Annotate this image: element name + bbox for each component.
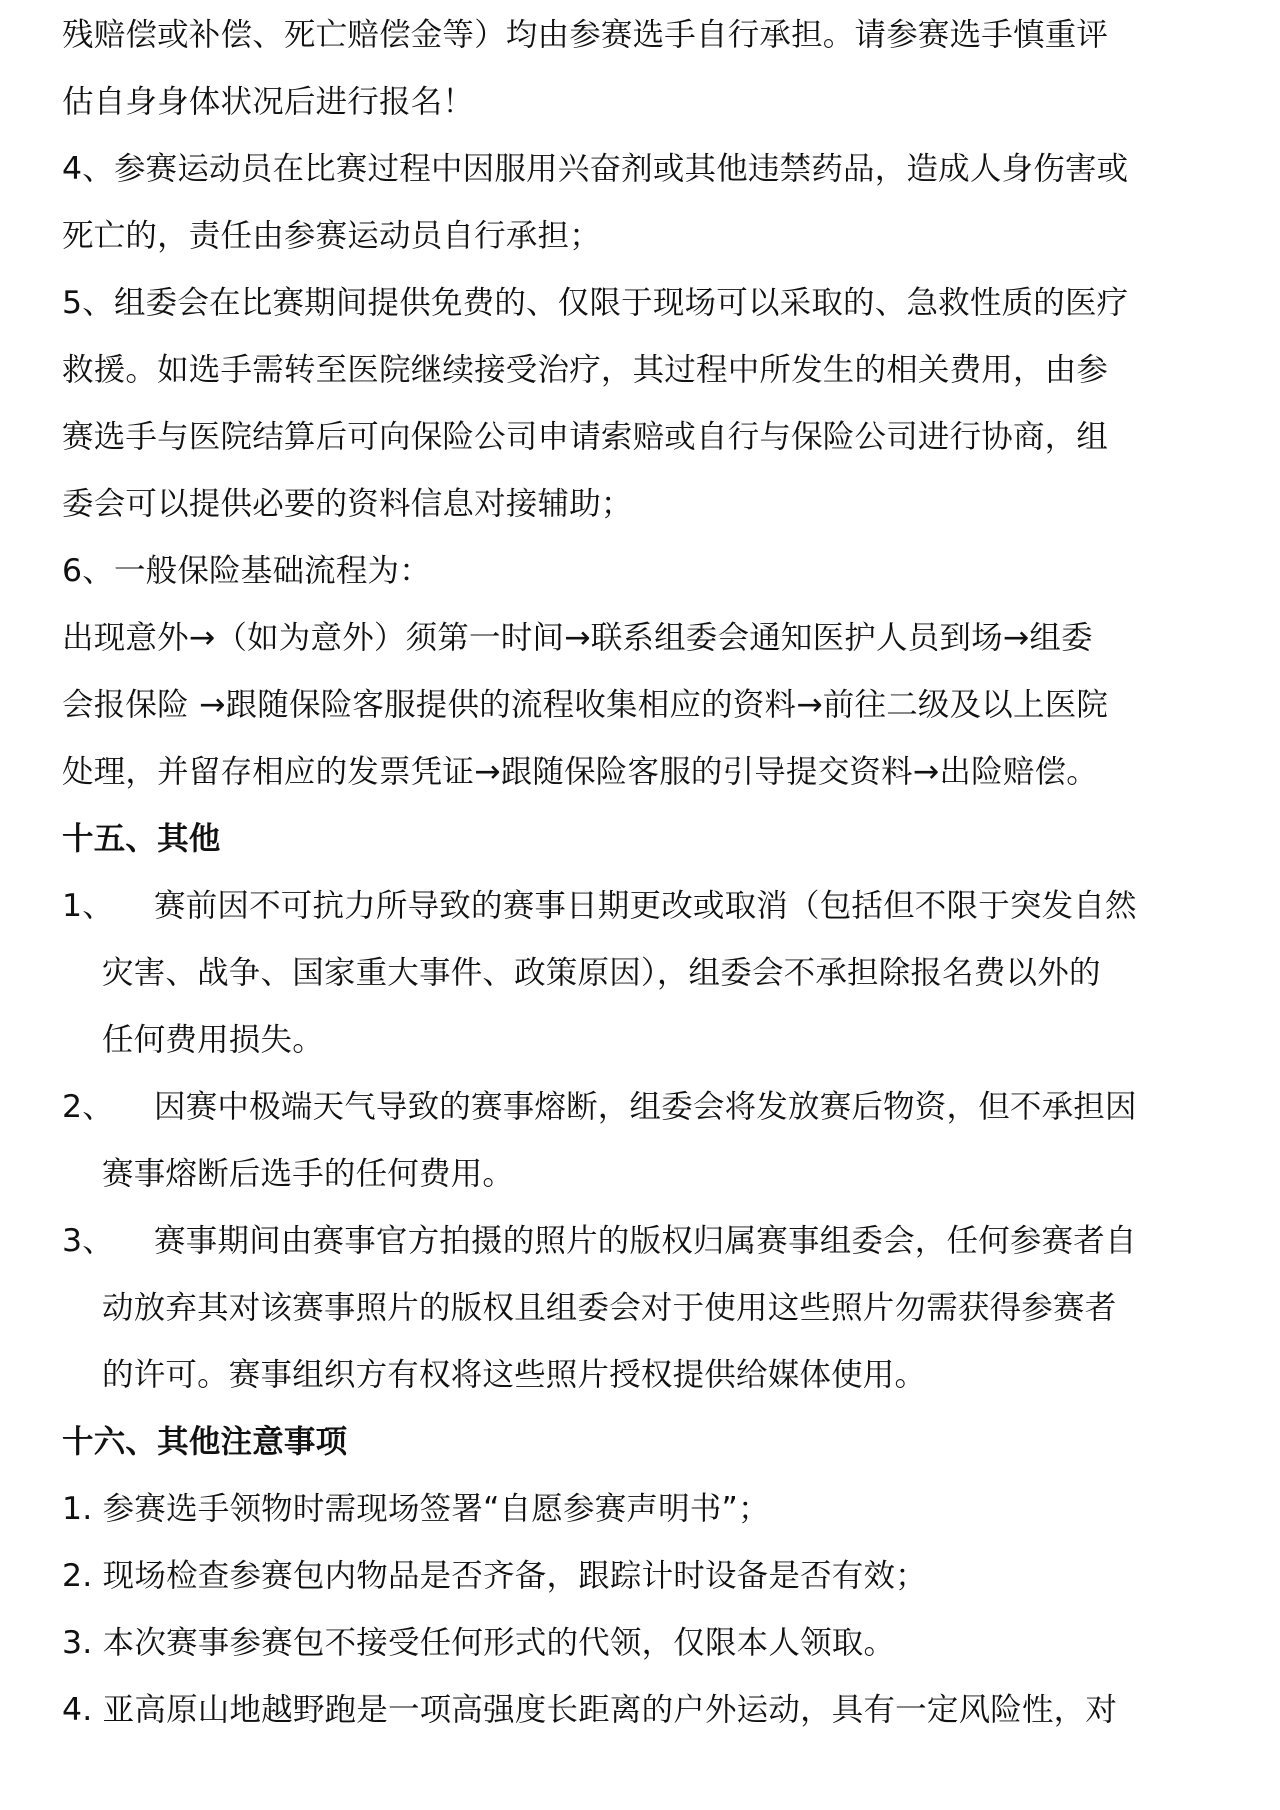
text-line: 会报保险 →跟随保险客服提供的流程收集相应的资料→前往二级及以上医院 xyxy=(62,672,1222,739)
text-line: 4、参赛运动员在比赛过程中因服用兴奋剂或其他违禁药品，造成人身伤害或 xyxy=(62,136,1222,203)
item-text: 任何费用损失。 xyxy=(62,1007,1222,1074)
text-line: 6、一般保险基础流程为： xyxy=(62,538,1222,605)
section-heading: 十五、其他 xyxy=(62,806,1222,873)
text-line: 死亡的，责任由参赛运动员自行承担； xyxy=(62,203,1222,270)
text-line: 处理，并留存相应的发票凭证→跟随保险客服的引导提交资料→出险赔偿。 xyxy=(62,739,1222,806)
item-text: 赛事熔断后选手的任何费用。 xyxy=(62,1141,1222,1208)
document-page: 残赔偿或补偿、死亡赔偿金等）均由参赛选手自行承担。请参赛选手慎重评 估自身身体状… xyxy=(62,0,1222,1744)
item-text: 动放弃其对该赛事照片的版权且组委会对于使用这些照片勿需获得参赛者 xyxy=(62,1275,1222,1342)
list-item: 3. 本次赛事参赛包不接受任何形式的代领，仅限本人领取。 xyxy=(62,1610,1222,1677)
list-item: 3、赛事期间由赛事官方拍摄的照片的版权归属赛事组委会，任何参赛者自 动放弃其对该… xyxy=(62,1208,1222,1409)
list-item: 2、因赛中极端天气导致的赛事熔断，组委会将发放赛后物资，但不承担因 赛事熔断后选… xyxy=(62,1074,1222,1208)
text-line: 出现意外→（如为意外）须第一时间→联系组委会通知医护人员到场→组委 xyxy=(62,605,1222,672)
list-item: 2. 现场检查参赛包内物品是否齐备，跟踪计时设备是否有效； xyxy=(62,1543,1222,1610)
item-number: 2、 xyxy=(62,1074,154,1141)
item-text: 赛前因不可抗力所导致的赛事日期更改或取消（包括但不限于突发自然 xyxy=(154,888,1137,924)
item-number: 3、 xyxy=(62,1208,154,1275)
text-line: 5、组委会在比赛期间提供免费的、仅限于现场可以采取的、急救性质的医疗 xyxy=(62,270,1222,337)
text-line: 委会可以提供必要的资料信息对接辅助； xyxy=(62,471,1222,538)
item-number: 1、 xyxy=(62,873,154,940)
section-other-notes: 十六、其他注意事项 1. 参赛选手领物时需现场签署“自愿参赛声明书”； 2. 现… xyxy=(62,1409,1222,1744)
list-item: 1. 参赛选手领物时需现场签署“自愿参赛声明书”； xyxy=(62,1476,1222,1543)
item-text: 因赛中极端天气导致的赛事熔断，组委会将发放赛后物资，但不承担因 xyxy=(154,1089,1137,1125)
item-text: 灾害、战争、国家重大事件、政策原因），组委会不承担除报名费以外的 xyxy=(62,940,1222,1007)
text-line: 残赔偿或补偿、死亡赔偿金等）均由参赛选手自行承担。请参赛选手慎重评 xyxy=(62,2,1222,69)
text-line: 救援。如选手需转至医院继续接受治疗，其过程中所发生的相关费用，由参 xyxy=(62,337,1222,404)
section-heading: 十六、其他注意事项 xyxy=(62,1409,1222,1476)
text-line: 估自身身体状况后进行报名！ xyxy=(62,69,1222,136)
section-other: 十五、其他 1、赛前因不可抗力所导致的赛事日期更改或取消（包括但不限于突发自然 … xyxy=(62,806,1222,1409)
list-item: 1、赛前因不可抗力所导致的赛事日期更改或取消（包括但不限于突发自然 灾害、战争、… xyxy=(62,873,1222,1074)
item-text: 的许可。赛事组织方有权将这些照片授权提供给媒体使用。 xyxy=(62,1342,1222,1409)
item-text: 赛事期间由赛事官方拍摄的照片的版权归属赛事组委会，任何参赛者自 xyxy=(154,1223,1137,1259)
text-line: 赛选手与医院结算后可向保险公司申请索赔或自行与保险公司进行协商，组 xyxy=(62,404,1222,471)
insurance-clauses: 残赔偿或补偿、死亡赔偿金等）均由参赛选手自行承担。请参赛选手慎重评 估自身身体状… xyxy=(62,2,1222,806)
list-item: 4. 亚高原山地越野跑是一项高强度长距离的户外运动，具有一定风险性，对 xyxy=(62,1677,1222,1744)
